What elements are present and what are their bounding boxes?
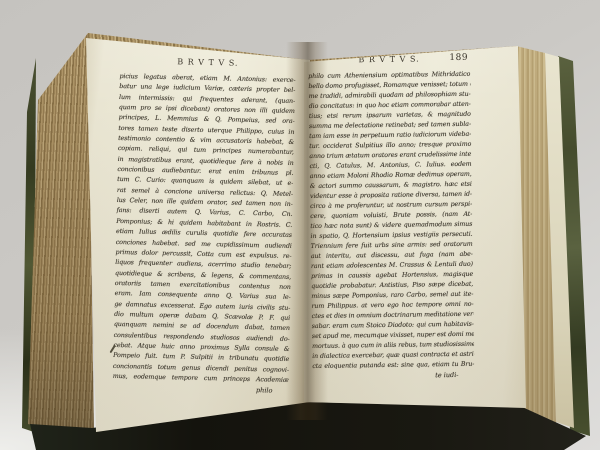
- left-page-text-area: B R V T V S. picius legatus aberat, etia…: [112, 56, 296, 395]
- gutter-shadow: [286, 42, 328, 420]
- right-text-block: philo cum Atheniensium optimatibus Mithr…: [308, 70, 474, 372]
- left-text-block: picius legatus aberat, etiam M. Antonius…: [113, 72, 296, 386]
- photograph-background: B R V T V S. picius legatus aberat, etia…: [0, 0, 600, 450]
- right-page-text-area: B R V T V S. 189 philo cum Atheniensium …: [308, 54, 475, 381]
- right-running-title-text: B R V T V S.: [358, 54, 419, 64]
- right-page: B R V T V S. 189 philo cum Atheniensium …: [302, 42, 526, 414]
- left-running-title: B R V T V S.: [120, 56, 296, 70]
- left-fore-edge: [26, 30, 98, 440]
- right-catchword: te iudi-: [312, 371, 474, 381]
- page-number: 189: [449, 53, 468, 63]
- left-page: B R V T V S. picius legatus aberat, etia…: [84, 34, 310, 436]
